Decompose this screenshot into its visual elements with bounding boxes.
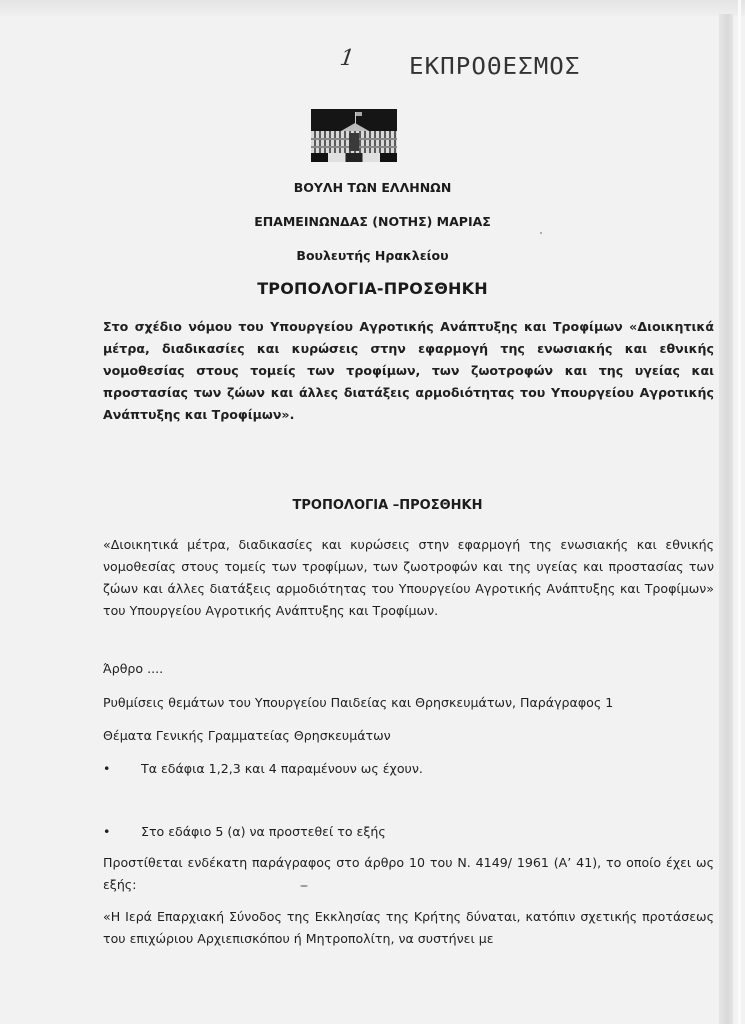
addition-paragraph: Προστίθεται ενδέκατη παράγραφος στο άρθρ… <box>103 852 714 896</box>
institution-name: ΒΟΥΛΗ ΤΩΝ ΕΛΛΗΝΩΝ <box>0 180 745 195</box>
bullet-icon: • <box>103 761 141 776</box>
author-role: Βουλευτής Ηρακλείου <box>0 248 745 263</box>
section-heading: ΤΡΟΠΟΛΟΓΙΑ –ΠΡΟΣΘΗΚΗ <box>0 498 745 513</box>
bullet-icon: • <box>103 824 141 839</box>
handwritten-page-number: 1 <box>338 46 356 71</box>
scan-artifact <box>540 232 542 234</box>
scanned-page: 1 ΕΚΠΡΟΘΕΣΜΟΣ ΒΟΥΛΗ ΤΩΝ ΕΛΛΗΝΩΝ ΕΠΑΜΕΙΝΩ… <box>0 0 745 1024</box>
scan-artifact <box>300 885 308 887</box>
article-topic: Θέματα Γενικής Γραμματείας Θρησκευμάτων <box>103 728 391 743</box>
intro-paragraph: Στο σχέδιο νόμου του Υπουργείου Αγροτική… <box>103 316 714 426</box>
bullet-text: Στο εδάφιο 5 (α) να προστεθεί το εξής <box>141 824 386 839</box>
article-label: Άρθρο .... <box>103 661 163 676</box>
bullet-item: •Τα εδάφια 1,2,3 και 4 παραμένουν ως έχο… <box>103 761 423 776</box>
parliament-building-icon <box>311 109 397 162</box>
bullet-item: •Στο εδάφιο 5 (α) να προστεθεί το εξής <box>103 824 386 839</box>
late-submission-stamp: ΕΚΠΡΟΘΕΣΜΟΣ <box>409 54 580 80</box>
author-name: ΕΠΑΜΕΙΝΩΝΔΑΣ (ΝΟΤΗΣ) ΜΑΡΙΑΣ <box>0 214 745 229</box>
document-title: ΤΡΟΠΟΛΟΓΙΑ-ΠΡΟΣΘΗΚΗ <box>0 279 745 298</box>
scan-top-edge <box>0 0 745 16</box>
article-subject: Ρυθμίσεις θεμάτων του Υπουργείου Παιδεία… <box>103 695 613 710</box>
section-paragraph: «Διοικητικά μέτρα, διαδικασίες και κυρώσ… <box>103 534 714 622</box>
bullet-text: Τα εδάφια 1,2,3 και 4 παραμένουν ως έχου… <box>141 761 423 776</box>
quote-paragraph: «Η Ιερά Επαρχιακή Σύνοδος της Εκκλησίας … <box>103 906 714 950</box>
scan-right-shadow <box>719 14 733 1024</box>
